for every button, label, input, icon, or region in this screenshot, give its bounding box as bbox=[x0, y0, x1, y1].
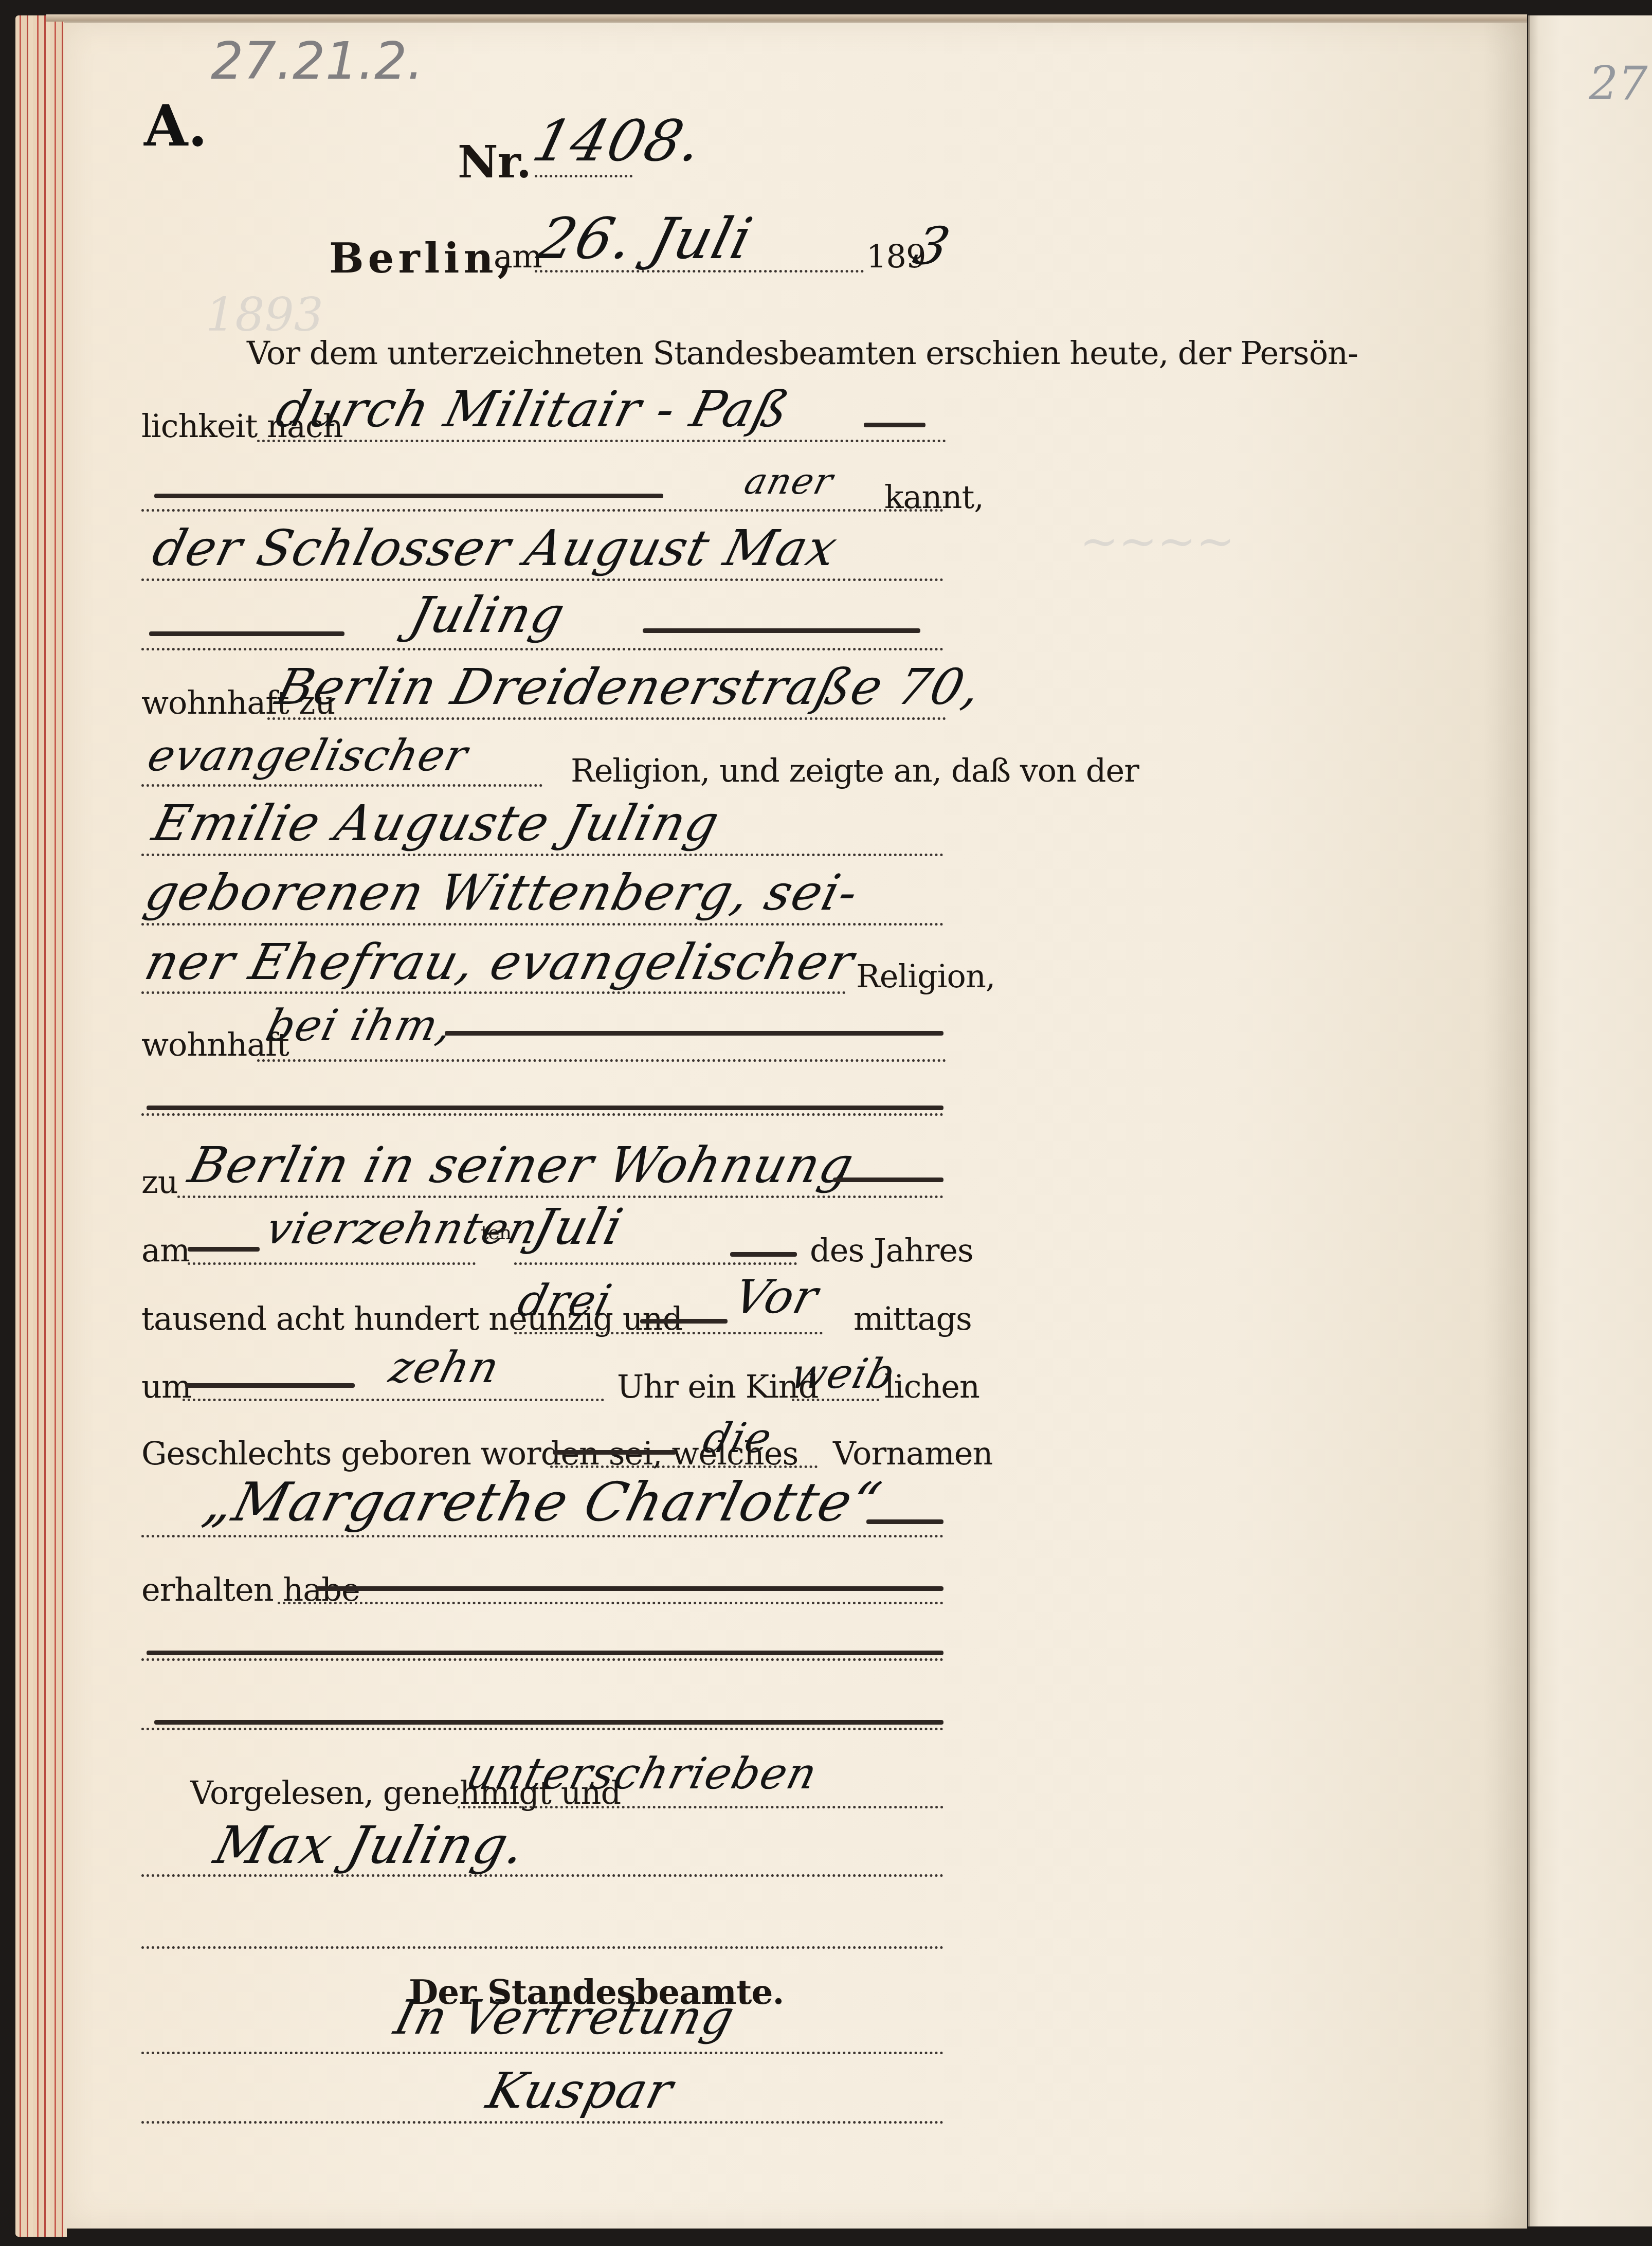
fill-bar bbox=[316, 1586, 943, 1591]
fill-bar bbox=[553, 1450, 676, 1455]
form-dotline bbox=[141, 648, 943, 650]
form-dotline bbox=[188, 1262, 476, 1265]
form-dotline bbox=[141, 923, 943, 926]
birth-month: Juli bbox=[528, 1198, 629, 1256]
father-name-line2: Juling bbox=[404, 586, 571, 644]
fill-bar bbox=[445, 1031, 943, 1036]
fill-bar bbox=[864, 423, 925, 427]
mittags-label: mittags bbox=[854, 1300, 972, 1337]
deputy-line: In Vertretung bbox=[389, 1990, 741, 2045]
fill-bar bbox=[185, 1383, 355, 1388]
official-signature: Kuspar bbox=[481, 2062, 679, 2120]
form-dotline bbox=[141, 1658, 943, 1661]
section-letter: A. bbox=[144, 93, 208, 159]
fill-bar bbox=[833, 1178, 943, 1182]
fill-bar bbox=[147, 1106, 943, 1110]
form-dotline bbox=[141, 1946, 943, 1949]
form-dotline bbox=[514, 1262, 797, 1265]
fill-bar bbox=[866, 1519, 943, 1524]
child-given-names: „Margarethe Charlotte“ bbox=[198, 1471, 888, 1533]
fill-bar bbox=[154, 1720, 943, 1725]
father-name-line1: der Schlosser August Max bbox=[147, 519, 844, 577]
nr-dotline bbox=[535, 175, 632, 177]
form-dotline bbox=[514, 1332, 823, 1334]
form-dotline bbox=[550, 1465, 818, 1468]
intro-text: Vor dem unterzeichneten Standesbeamten e… bbox=[247, 334, 1358, 372]
form-dotline bbox=[257, 1059, 946, 1062]
form-dotline bbox=[257, 440, 946, 442]
facing-page-number: 27 bbox=[1589, 57, 1648, 111]
religion-label-1: Religion, und zeigte an, daß von der bbox=[571, 752, 1139, 789]
fill-bar bbox=[147, 1651, 943, 1655]
date-value: 26. Juli bbox=[532, 206, 759, 271]
form-dotline bbox=[141, 2121, 943, 2124]
form-dotline bbox=[278, 1602, 943, 1604]
residence-value: Berlin Dreidenerstraße 70, bbox=[270, 658, 988, 716]
book-page-edges bbox=[15, 15, 67, 2237]
religion-label-2: Religion, bbox=[856, 957, 995, 995]
unterschrieben-value: unterschrieben bbox=[462, 1748, 823, 1799]
child-sex: weib bbox=[786, 1350, 901, 1398]
vor-nach-value: Vor bbox=[729, 1270, 824, 1324]
nr-label: Nr. bbox=[458, 136, 531, 188]
facing-page bbox=[1528, 15, 1652, 2226]
pencil-annotation: 27.21.2. bbox=[211, 31, 423, 91]
form-dotline bbox=[792, 1399, 879, 1401]
form-dotline bbox=[183, 1399, 604, 1401]
form-dotline bbox=[141, 1728, 943, 1730]
kannt-prefix: aner bbox=[740, 460, 838, 502]
city-label: Berlin, bbox=[329, 234, 516, 282]
lichen-label: lichen bbox=[884, 1368, 979, 1405]
form-dotline bbox=[141, 2052, 943, 2054]
father-signature: Max Juling. bbox=[208, 1815, 532, 1875]
ordinal-suffix: ten bbox=[481, 1221, 511, 1244]
fill-bar bbox=[643, 628, 920, 633]
fill-bar bbox=[188, 1247, 260, 1252]
birth-hour: zehn bbox=[385, 1342, 505, 1392]
am-date-label: am bbox=[141, 1231, 190, 1269]
fill-bar bbox=[149, 631, 344, 636]
bleed-through-text: ~~~~ bbox=[1080, 514, 1235, 568]
birth-place: Berlin in seiner Wohnung bbox=[183, 1136, 860, 1194]
fill-bar bbox=[640, 1319, 728, 1324]
form-dotline bbox=[141, 854, 943, 856]
des-jahres-label: des Jahres bbox=[810, 1231, 973, 1269]
form-dotline bbox=[458, 1806, 943, 1808]
father-religion: evangelischer bbox=[143, 730, 474, 781]
fill-bar bbox=[730, 1252, 797, 1257]
fill-bar bbox=[154, 494, 663, 498]
form-dotline bbox=[141, 991, 846, 994]
form-dotline bbox=[267, 717, 946, 720]
die-value: die bbox=[698, 1414, 777, 1462]
form-dotline bbox=[141, 1113, 943, 1116]
year-words-value: drei bbox=[513, 1275, 618, 1326]
mother-residence-value: bei ihm, bbox=[261, 1000, 459, 1050]
nr-value: 1408. bbox=[527, 108, 710, 174]
form-dotline bbox=[141, 784, 542, 787]
mother-name-line2: geborenen Wittenberg, sei- bbox=[139, 864, 864, 921]
mother-religion: ner Ehefrau, evangelischer bbox=[139, 933, 861, 991]
kannt-label: kannt, bbox=[884, 478, 984, 516]
form-dotline bbox=[141, 578, 943, 581]
form-dotline bbox=[141, 1535, 943, 1537]
form-dotline bbox=[141, 509, 943, 512]
identity-value: durch Militair - Paß bbox=[270, 381, 795, 438]
place-label: zu bbox=[141, 1163, 178, 1201]
vornamen-label: Vornamen bbox=[833, 1435, 992, 1472]
mother-name-line1: Emilie Auguste Juling bbox=[147, 794, 725, 852]
